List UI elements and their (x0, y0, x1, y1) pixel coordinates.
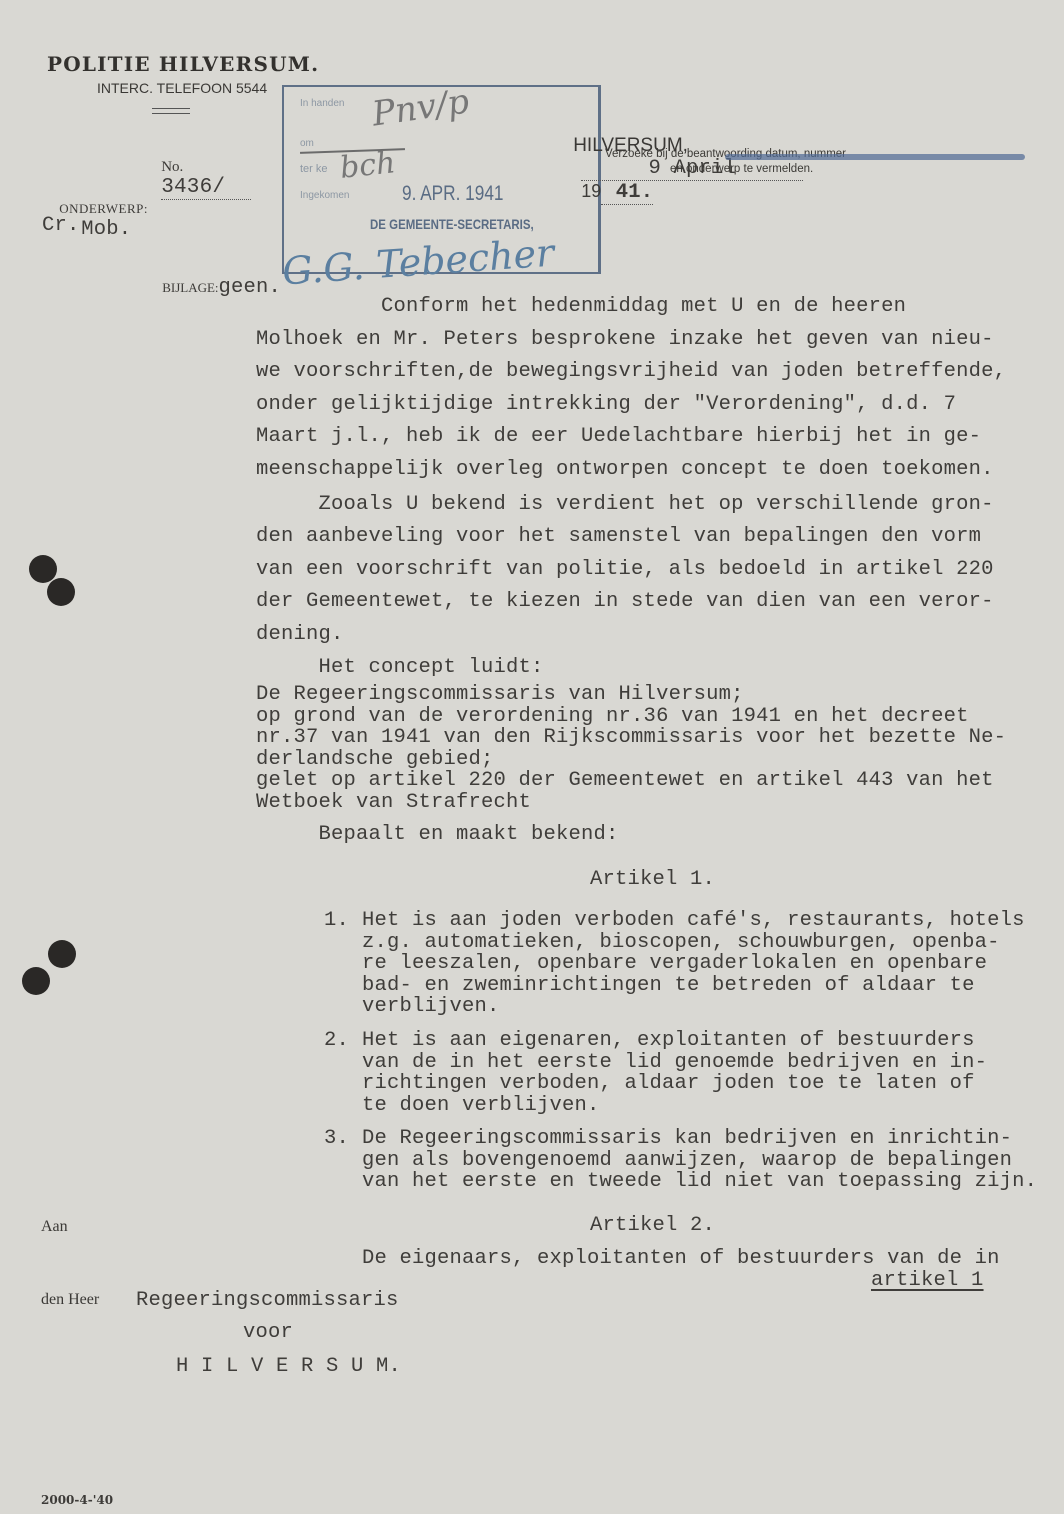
body-line: Molhoek en Mr. Peters besprokene inzake … (256, 324, 1006, 357)
stamp-date: 9. APR. 1941 (402, 182, 503, 206)
article-2-line: De eigenaars, exploitanten of bestuurder… (362, 1247, 1000, 1270)
preamble-line: op grond van de verordening nr.36 van 19… (256, 706, 1006, 728)
item-line: gen als bovengenoemd aanwijzen, waarop d… (362, 1150, 1037, 1172)
reply-instruction-2: en onderwerp te vermelden. (670, 163, 813, 175)
body-line: van een voorschrift van politie, als bed… (256, 554, 1006, 587)
stamp-label-in-handen: In handen (300, 98, 345, 109)
preamble-line: gelet op artikel 220 der Gemeentewet en … (256, 770, 1006, 792)
date-century: 19 (581, 181, 601, 201)
paragraph-2: Zooals U bekend is verdient het op versc… (256, 489, 1006, 652)
subject-value: Mob. (81, 218, 131, 241)
article-1-title: Artikel 1. (590, 868, 715, 891)
item-number: 2. (324, 1030, 349, 1052)
concept-intro: Het concept luidt: (256, 652, 1006, 685)
body-line: we voorschriften,de bewegingsvrijheid va… (256, 356, 1006, 389)
letterhead-divider (152, 108, 190, 114)
body-line: den aanbeveling voor het samenstel van b… (256, 521, 1006, 554)
dateline: HILVERSUM, 9 April 1941. (554, 117, 803, 205)
body-line: Zooals U bekend is verdient het op versc… (256, 489, 1006, 522)
stamp-label-ter: ter ke (300, 163, 328, 175)
item-number: 1. (324, 910, 349, 932)
punch-hole-bottom-2 (22, 967, 50, 995)
article-1-item-3: 3. De Regeeringscommissaris kan bedrijve… (324, 1128, 1037, 1193)
item-line: De Regeeringscommissaris kan bedrijven e… (362, 1128, 1037, 1150)
preamble: De Regeeringscommissaris van Hilversum; … (256, 684, 1006, 813)
number-value: 3436/ (161, 176, 251, 200)
item-line: re leeszalen, openbare vergaderlokalen e… (362, 953, 1025, 975)
body-line: der Gemeentewet, te kiezen in stede van … (256, 586, 1006, 619)
item-line: bad- en zweminrichtingen te betreden of … (362, 975, 1025, 997)
blue-strikeout-mark (725, 154, 1025, 160)
item-number: 3. (324, 1128, 349, 1150)
preamble-line: De Regeeringscommissaris van Hilversum; (256, 684, 1006, 706)
item-line: verblijven. (362, 996, 1025, 1018)
item-line: Het is aan joden verboden café's, restau… (362, 910, 1025, 932)
addressee-to-label: Aan (41, 1218, 68, 1236)
handwritten-note-mid: bch (338, 145, 397, 186)
item-line: van het eerste en tweede lid niet van to… (362, 1171, 1037, 1193)
preamble-line: nr.37 van 1941 van den Rijkscommissaris … (256, 727, 1006, 749)
punch-hole-top-1 (29, 555, 57, 583)
continuation-catchword: artikel 1 (871, 1269, 984, 1292)
date-year: 41. (601, 181, 653, 205)
preamble-line: derlandsche gebied; (256, 749, 1006, 771)
paragraph-1: Conform het hedenmiddag met U en de heer… (256, 291, 1006, 487)
item-line: z.g. automatieken, bioscopen, schouwburg… (362, 932, 1025, 954)
stamp-office: DE GEMEENTE-SECRETARIS, (370, 216, 534, 232)
body-line: dening. (256, 619, 1006, 652)
punch-hole-bottom-1 (48, 940, 76, 968)
preamble-line: Wetboek van Strafrecht (256, 792, 1006, 814)
addressee-voor: voor (243, 1321, 293, 1344)
enactment-clause: Bepaalt en maakt bekend: (256, 823, 619, 846)
reference-number: No. 3436/ (142, 140, 251, 200)
addressee-title: Regeeringscommissaris (136, 1289, 399, 1312)
body-line: Maart j.l., heb ik de eer Uedelachtbare … (256, 421, 1006, 454)
addressee-city: H I L V E R S U M. (176, 1355, 401, 1378)
letterhead-organization: POLITIE HILVERSUM. (47, 52, 319, 76)
form-code: 2000-4-'40 (41, 1493, 113, 1507)
subject-code: Cr. (42, 214, 80, 237)
body-line: Conform het hedenmiddag met U en de heer… (256, 291, 1006, 324)
punch-hole-top-2 (47, 578, 75, 606)
stamp-label-om: om (300, 138, 314, 149)
body-line: onder gelijktijdige intrekking der "Vero… (256, 389, 1006, 422)
article-2-title: Artikel 2. (590, 1214, 715, 1237)
stamp-label-ingekomen: Ingekomen (300, 190, 349, 201)
attachment-label: BIJLAGE: (162, 280, 218, 295)
article-1-item-1: 1. Het is aan joden verboden café's, res… (324, 910, 1025, 1018)
letterhead-phone: INTERC. TELEFOON 5544 (97, 80, 267, 96)
item-line: Het is aan eigenaren, exploitanten of be… (362, 1030, 987, 1052)
letter-body: Conform het hedenmiddag met U en de heer… (256, 291, 1006, 684)
item-line: te doen verblijven. (362, 1095, 987, 1117)
number-label: No. (161, 159, 183, 175)
addressee-salutation: den Heer (41, 1291, 99, 1309)
item-line: van de in het eerste lid genoemde bedrij… (362, 1052, 987, 1074)
body-line: meenschappelijk overleg ontworpen concep… (256, 454, 1006, 487)
article-1-item-2: 2. Het is aan eigenaren, exploitanten of… (324, 1030, 987, 1116)
item-line: richtingen verboden, aldaar joden toe te… (362, 1073, 987, 1095)
